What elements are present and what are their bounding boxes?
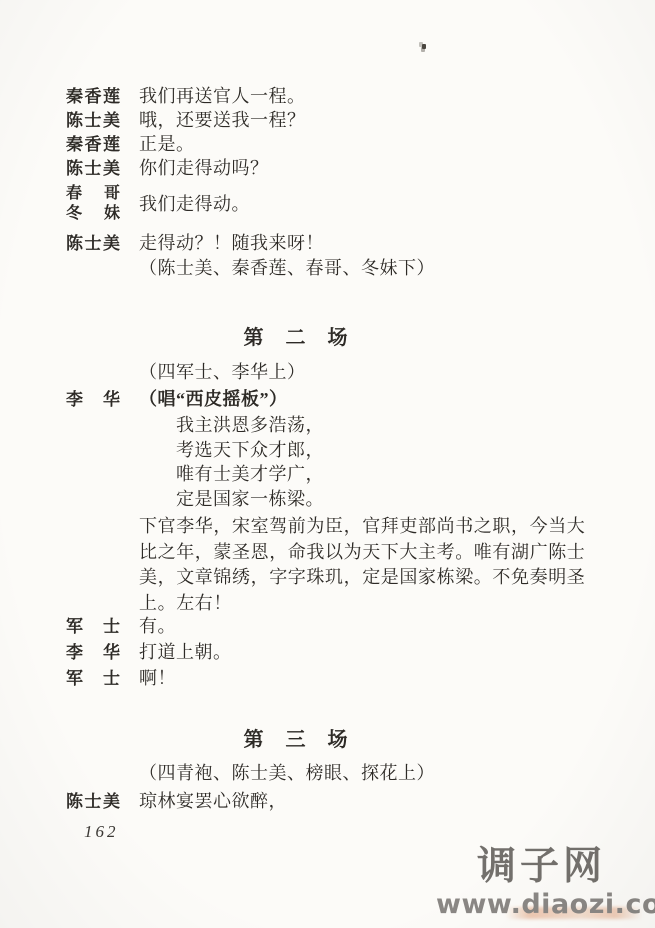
speaker-name: 军士	[66, 616, 120, 637]
scan-speck	[422, 44, 426, 49]
dialogue-line: 秦香莲 正是。	[66, 134, 195, 155]
dialogue-text: 我们走得动。	[139, 194, 250, 215]
monologue-line: 美，文章锦绣，字字珠玑，定是国家栋梁。不免奏明圣	[139, 565, 594, 591]
watermark-site-name: 调子网	[477, 846, 606, 888]
speaker-name: 李华	[66, 642, 120, 663]
scene-heading: 第 三 场	[66, 723, 526, 752]
dialogue-text: 有。	[139, 616, 176, 637]
dialogue-text: 你们走得动吗？	[139, 158, 269, 179]
speaker-name: 陈士美	[66, 110, 120, 131]
stage-direction: （四军士、李华上）	[139, 362, 306, 383]
dialogue-text: 啊！	[139, 668, 176, 689]
speaker-name: 陈士美	[66, 791, 120, 812]
speaker-name-stack: 春哥 冬妹	[66, 184, 120, 224]
dialogue-text: 正是。	[139, 134, 195, 155]
verse-line: 我主洪恩多浩荡，	[176, 413, 324, 438]
dialogue-line: 陈士美 琼林宴罢心欲醉，	[66, 791, 287, 812]
monologue-line: 下官李华，宋室驾前为臣，官拜吏部尚书之职，今当大	[139, 514, 594, 540]
monologue-block: 下官李华，宋室驾前为臣，官拜吏部尚书之职，今当大 比之年，蒙圣恩，命我以为天下大…	[139, 514, 594, 616]
watermark-site-url: www.diaozi.com	[436, 890, 655, 919]
speaker-name: 秦香莲	[66, 86, 120, 107]
scene-heading: 第 二 场	[66, 321, 526, 350]
dialogue-text: 我们再送官人一程。	[139, 86, 306, 107]
monologue-line: 比之年，蒙圣恩，命我以为天下大主考。唯有湖广陈士	[139, 540, 594, 566]
dialogue-line: 陈士美 走得动？！随我来呀！	[66, 233, 324, 254]
dialogue-line: 秦香莲 我们再送官人一程。	[66, 86, 306, 107]
dialogue-text: 走得动？！随我来呀！	[139, 233, 324, 254]
stage-direction: （陈士美、秦香莲、春哥、冬妹下）	[139, 258, 435, 279]
dialogue-line: 军士 有。	[66, 616, 176, 637]
dialogue-text: 打道上朝。	[139, 642, 232, 663]
dialogue-text: 哦，还要送我一程？	[139, 110, 306, 131]
speaker-name: 春哥	[66, 184, 120, 204]
verse-block: 我主洪恩多浩荡， 考选天下众才郎， 唯有士美才学广， 定是国家一栋梁。	[176, 413, 324, 511]
page-number: 162	[84, 822, 119, 842]
dialogue-line: 陈士美 你们走得动吗？	[66, 158, 269, 179]
dialogue-line: 军士 啊！	[66, 668, 176, 689]
aria-cue: （唱“西皮摇板”）	[139, 389, 288, 410]
verse-line: 考选天下众才郎，	[176, 438, 324, 463]
dialogue-line: 李华 打道上朝。	[66, 642, 232, 663]
verse-line: 唯有士美才学广，	[176, 462, 324, 487]
dialogue-line: 陈士美 哦，还要送我一程？	[66, 110, 306, 131]
speaker-name: 秦香莲	[66, 134, 120, 155]
dialogue-text: 琼林宴罢心欲醉，	[139, 791, 287, 812]
dialogue-line: 李华 （唱“西皮摇板”）	[66, 389, 288, 410]
speaker-name: 陈士美	[66, 233, 120, 254]
scanned-book-page: 秦香莲 我们再送官人一程。 陈士美 哦，还要送我一程？ 秦香莲 正是。 陈士美 …	[0, 0, 655, 928]
speaker-name: 冬妹	[66, 204, 120, 224]
monologue-line: 上。左右！	[139, 591, 594, 617]
speaker-name: 陈士美	[66, 158, 120, 179]
dialogue-line-dual-speaker: 春哥 冬妹 我们走得动。	[66, 184, 250, 224]
verse-line: 定是国家一栋梁。	[176, 487, 324, 512]
speaker-name: 李华	[66, 389, 120, 410]
speaker-name: 军士	[66, 668, 120, 689]
stage-direction: （四青袍、陈士美、榜眼、探花上）	[139, 763, 435, 784]
